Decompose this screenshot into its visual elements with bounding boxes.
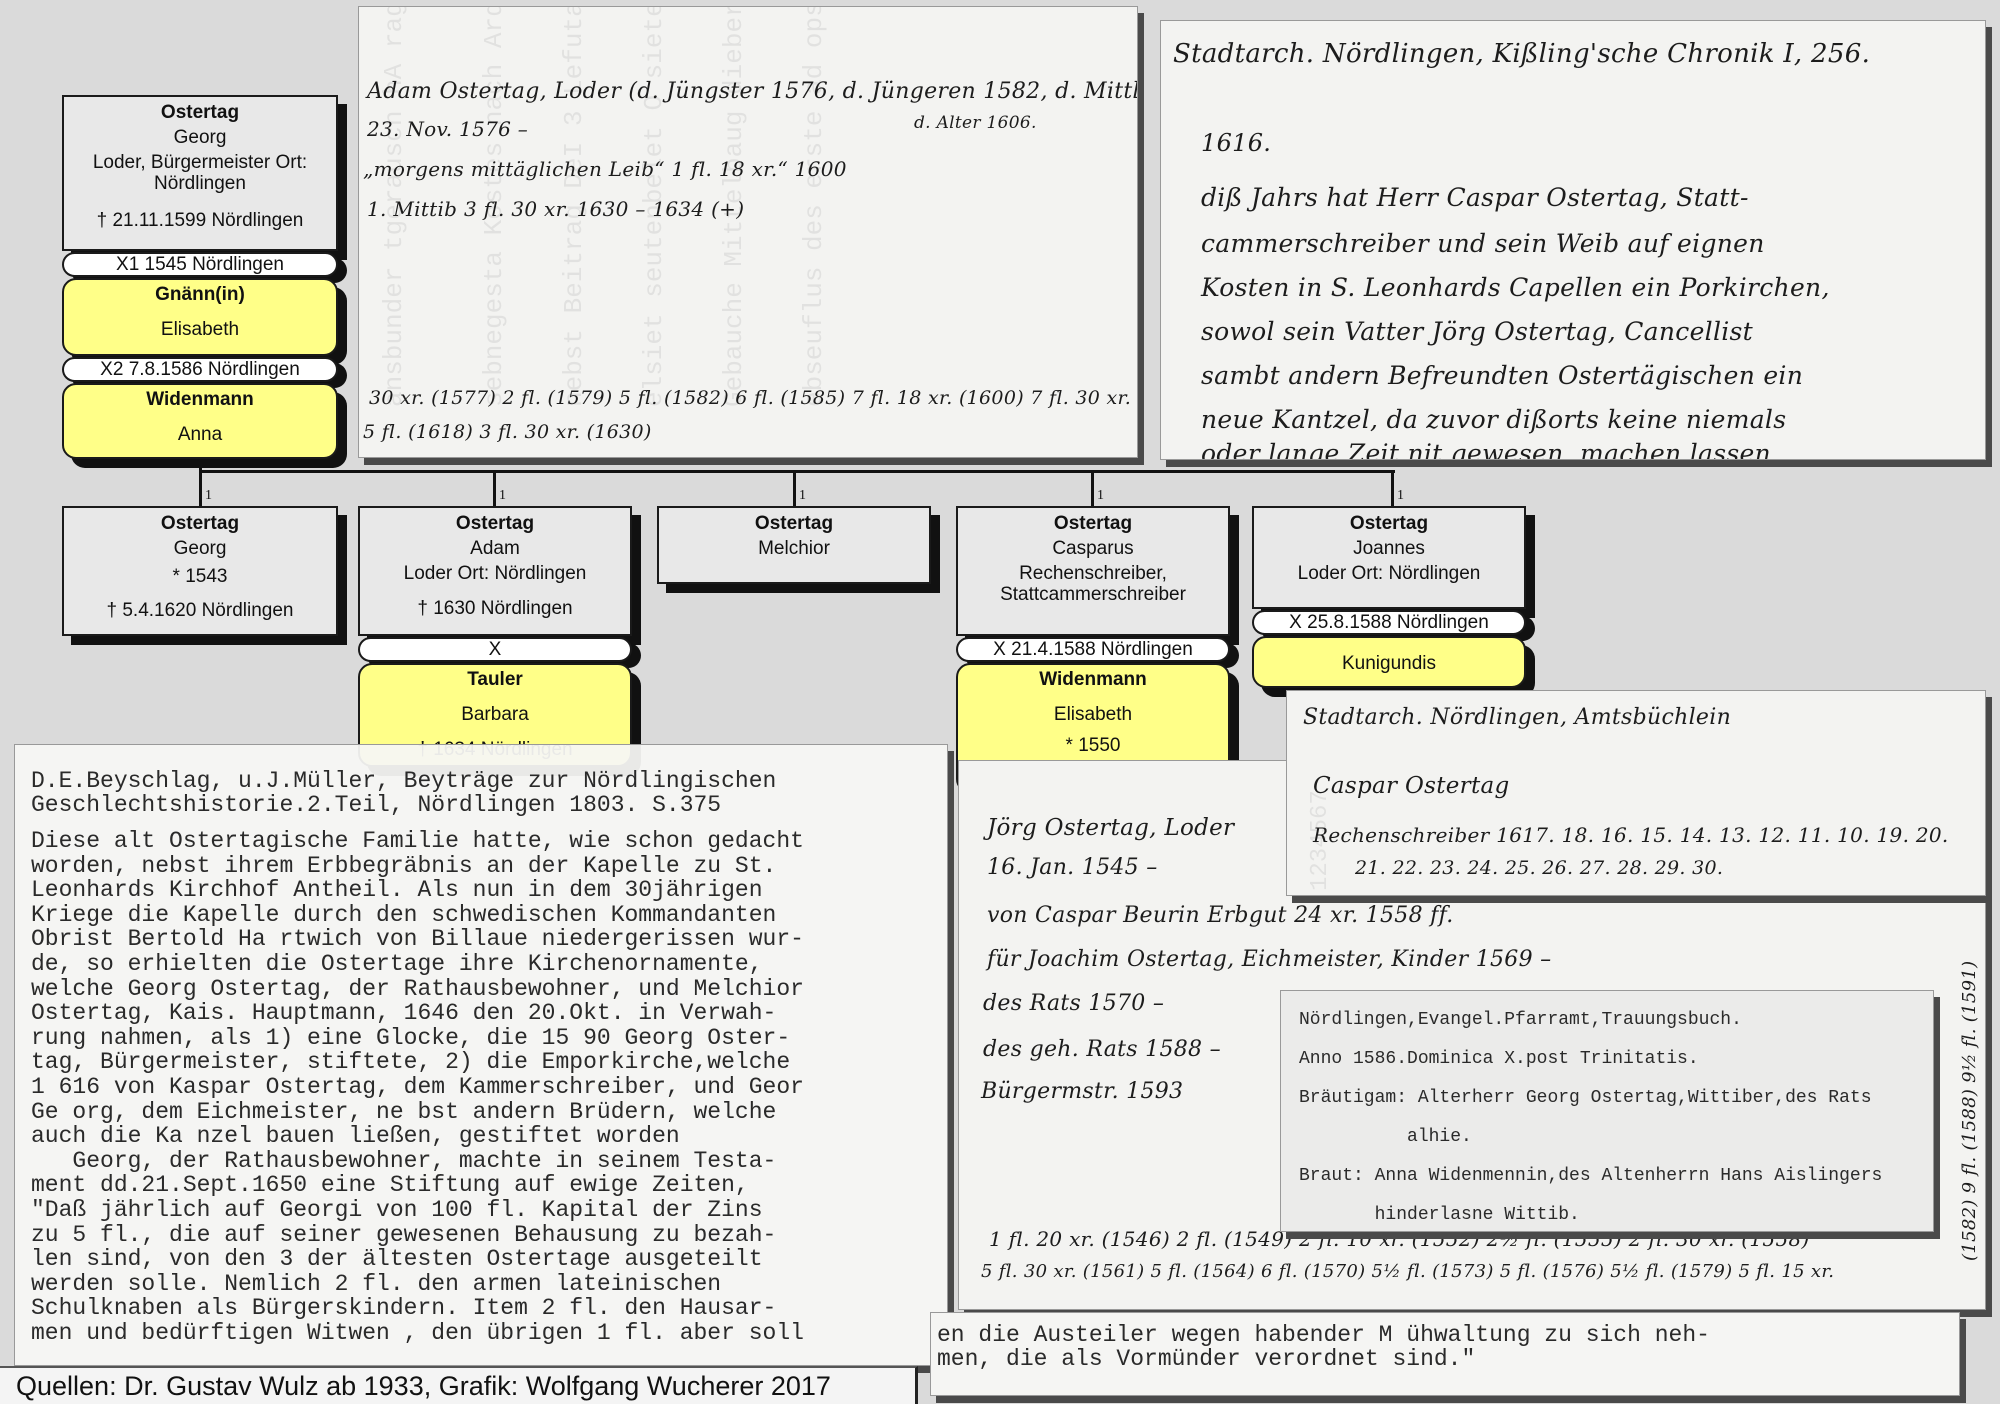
chronik-line-7: oder lange Zeit nit gewesen, machen lass… (1201, 439, 1779, 460)
person-box-casparus[interactable]: Ostertag Casparus Rechenschreiber, Statt… (956, 506, 1230, 636)
birth-date: * 1543 (64, 564, 336, 589)
surname: Ostertag (64, 100, 336, 125)
connector-drop-2 (493, 470, 496, 506)
beyschlag-line: 1 616 von Kaspar Ostertag, dem Kammersch… (31, 1075, 947, 1100)
chronik-line-2: cammerschreiber und sein Weib auf eignen (1201, 229, 1765, 258)
beyschlag-line: de, so erhielten die Ostertage ihre Kirc… (31, 952, 947, 977)
continuation-line-1: en die Austeiler wegen habender M ühwalt… (937, 1323, 1959, 1347)
connector-drop-1 (199, 470, 202, 506)
surname: Ostertag (659, 511, 929, 536)
trauung-line: hinderlasne Wittib. (1299, 1196, 1933, 1232)
beyschlag-line: len sind, von den 3 der ältesten Osterta… (31, 1247, 947, 1272)
chronik-line-3: Kosten in S. Leonhards Capellen ein Pork… (1201, 273, 1830, 302)
given-name: Georg (64, 536, 336, 561)
given-name: Joannes (1254, 536, 1524, 561)
joerg-line-2: 16. Jan. 1545 – (987, 855, 1158, 880)
archive-card-adam: ansbunder tgerausch hA ragenadgia sebneg… (358, 6, 1138, 458)
marriage-label: X 25.8.1588 Nördlingen (1252, 610, 1526, 635)
beyschlag-line: Ostertag, Kais. Hauptmann, 1646 den 20.O… (31, 1001, 947, 1026)
person-box-joannes[interactable]: Ostertag Joannes Loder Ort: Nördlingen (1252, 506, 1526, 609)
beyschlag-line: tag, Bürgermeister, stiftete, 2) die Emp… (31, 1050, 947, 1075)
beyschlag-line: zu 5 fl., die auf seiner gewesenen Behau… (31, 1223, 947, 1248)
joerg-line-5: des Rats 1570 – (983, 991, 1164, 1016)
death-date: † 5.4.1620 Nördlingen (64, 598, 336, 623)
occupation-2: Stattcammerschreiber (958, 582, 1228, 607)
child-marker: 1 (499, 488, 506, 504)
death-date: † 21.11.1599 Nördlingen (64, 208, 336, 233)
joerg-side-note: (1582) 9 fl. (1588) 9½ fl. (1591) (1959, 961, 1980, 1261)
archive-card-chronik: Stadtarch. Nördlingen, Kißling'sche Chro… (1160, 20, 1986, 460)
joerg-line-1: Jörg Ostertag, Loder (987, 815, 1234, 841)
marriage-label: X 21.4.1588 Nördlingen (956, 637, 1230, 662)
spouse-box-gnaenn[interactable]: Gnänn(in) Elisabeth (62, 278, 338, 356)
beyschlag-line: Leonhards Kirchhof Antheil. Als nun in d… (31, 878, 947, 903)
person-box-georg-parent[interactable]: Ostertag Georg Loder, Bürgermeister Ort:… (62, 95, 338, 251)
amtsbuch-line-1: Rechenschreiber 1617. 18. 16. 15. 14. 13… (1313, 823, 1949, 847)
card-adam-line-6: 30 xr. (1577) 2 fl. (1579) 5 fl. (1582) … (369, 387, 1138, 409)
surname: Ostertag (64, 511, 336, 536)
person-box-adam[interactable]: Ostertag Adam Loder Ort: Nördlingen † 16… (358, 506, 632, 636)
trauung-line: Bräutigam: Alterherr Georg Ostertag,Witt… (1299, 1079, 1933, 1118)
beyschlag-line: rung nahmen, als 1) eine Glocke, die 15 … (31, 1026, 947, 1051)
chronik-year: 1616. (1201, 129, 1271, 157)
spouse-given: Kunigundis (1254, 651, 1524, 676)
occupation: Loder Ort: Nördlingen (360, 561, 630, 586)
person-box-georg-child[interactable]: Ostertag Georg * 1543 † 5.4.1620 Nördlin… (62, 506, 338, 636)
beyschlag-body: Diese alt Ostertagische Familie hatte, w… (31, 829, 947, 1345)
spouse-given: Elisabeth (958, 702, 1228, 727)
joerg-payments-2: 5 fl. 30 xr. (1561) 5 fl. (1564) 6 fl. (… (981, 1261, 1834, 1282)
surname: Ostertag (958, 511, 1228, 536)
joerg-line-3: von Caspar Beurin Erbgut 24 xr. 1558 ff. (987, 903, 1454, 928)
spouse-box-widenmann-anna[interactable]: Widenmann Anna (62, 383, 338, 459)
beyschlag-line: Ge org, dem Eichmeister, ne bst andern B… (31, 1100, 947, 1125)
beyschlag-line: Diese alt Ostertagische Familie hatte, w… (31, 829, 947, 854)
trauung-line: Nördlingen,Evangel.Pfarramt,Trauungsbuch… (1299, 1001, 1933, 1040)
spouse-given: Elisabeth (64, 317, 336, 342)
marriage-label-2: X2 7.8.1586 Nördlingen (62, 357, 338, 382)
connector-drop-4 (1091, 470, 1094, 506)
card-adam-line-1: Adam Ostertag, Loder (d. Jüngster 1576, … (367, 79, 1138, 104)
spouse-given: Anna (64, 422, 336, 447)
beyschlag-line: Kriege die Kapelle durch den schwedische… (31, 903, 947, 928)
card-adam-line-4: „morgens mittäglichen Leib“ 1 fl. 18 xr.… (363, 157, 847, 181)
spouse-surname: Widenmann (958, 667, 1228, 692)
given-name: Casparus (958, 536, 1228, 561)
spouse-box-kunigundis[interactable]: Kunigundis (1252, 636, 1526, 688)
marriage-label: X (358, 637, 632, 662)
chronik-source: Stadtarch. Nördlingen, Kißling'sche Chro… (1173, 39, 1870, 69)
beyschlag-line: "Daß jährlich auf Georgi von 100 fl. Kap… (31, 1198, 947, 1223)
amtsbuch-source: Stadtarch. Nördlingen, Amtsbüchlein (1303, 705, 1731, 730)
beyschlag-line: Georg, der Rathausbewohner, machte in se… (31, 1149, 947, 1174)
occupation: Loder Ort: Nördlingen (1254, 561, 1524, 586)
beyschlag-line: Obrist Bertold Ha rtwich von Billaue nie… (31, 927, 947, 952)
amtsbuch-line-2: 21. 22. 23. 24. 25. 26. 27. 28. 29. 30. (1355, 857, 1723, 879)
beyschlag-title-2: Geschlechtshistorie.2.Teil, Nördlingen 1… (31, 793, 947, 817)
spouse-surname: Gnänn(in) (64, 282, 336, 307)
joerg-line-6: des geh. Rats 1588 – (983, 1037, 1221, 1062)
trauung-line: Anno 1586.Dominica X.post Trinitatis. (1299, 1040, 1933, 1079)
card-adam-line-2: d. Alter 1606. (914, 113, 1037, 133)
beyschlag-line: men und bedürftigen Witwen , den übrigen… (31, 1321, 947, 1346)
beyschlag-continuation: en die Austeiler wegen habender M ühwalt… (930, 1312, 1960, 1396)
chronik-line-1: diß Jahrs hat Herr Caspar Ostertag, Stat… (1201, 183, 1749, 212)
beyschlag-line: worden, nebst ihrem Erbbegräbnis an der … (31, 854, 947, 879)
joerg-line-7: Bürgermstr. 1593 (981, 1079, 1183, 1104)
connector-horizontal (199, 470, 1395, 473)
person-box-melchior[interactable]: Ostertag Melchior (657, 506, 931, 584)
archive-card-trauungsbuch: Nördlingen,Evangel.Pfarramt,Trauungsbuch… (1280, 990, 1934, 1232)
trauung-body: Nördlingen,Evangel.Pfarramt,Trauungsbuch… (1299, 1001, 1933, 1232)
spouse-birth: * 1550 (958, 733, 1228, 758)
given-name: Melchior (659, 536, 929, 561)
surname: Ostertag (1254, 511, 1524, 536)
beyschlag-line: welche Georg Ostertag, der Rathausbewohn… (31, 977, 947, 1002)
source-credit: Quellen: Dr. Gustav Wulz ab 1933, Grafik… (0, 1366, 918, 1404)
marriage-label-1: X1 1545 Nördlingen (62, 252, 338, 277)
amtsbuch-name: Caspar Ostertag (1313, 773, 1510, 799)
child-marker: 1 (205, 488, 212, 504)
connector-drop-3 (793, 470, 796, 506)
card-adam-line-5: 1. Mittib 3 fl. 30 xr. 1630 – 1634 (+) (367, 197, 744, 221)
beyschlag-document: D.E.Beyschlag, u.J.Müller, Beyträge zur … (14, 744, 948, 1366)
beyschlag-line: Schulknaben als Bürgerskindern. Item 2 f… (31, 1296, 947, 1321)
archive-card-amtsbuch: 1234567 Stadtarch. Nördlingen, Amtsbüchl… (1286, 690, 1986, 896)
spouse-surname: Tauler (360, 667, 630, 692)
child-marker: 1 (1397, 488, 1404, 504)
given-name: Adam (360, 536, 630, 561)
child-marker: 1 (799, 488, 806, 504)
card-adam-line-7: 5 fl. (1618) 3 fl. 30 xr. (1630) (363, 421, 652, 443)
chronik-line-4: sowol sein Vatter Jörg Ostertag, Cancell… (1201, 317, 1753, 346)
surname: Ostertag (360, 511, 630, 536)
trauung-line: alhie. (1299, 1118, 1933, 1157)
given-name: Georg (64, 125, 336, 150)
continuation-line-2: men, die als Vormünder verordnet sind." (937, 1347, 1959, 1371)
spouse-given: Barbara (360, 702, 630, 727)
connector-drop-5 (1391, 470, 1394, 506)
chronik-line-5: sambt andern Befreundten Ostertägischen … (1201, 361, 1803, 390)
card-adam-line-3: 23. Nov. 1576 – (367, 117, 528, 141)
spouse-surname: Widenmann (64, 387, 336, 412)
beyschlag-line: ment dd.21.Sept.1650 eine Stiftung auf e… (31, 1173, 947, 1198)
beyschlag-title-1: D.E.Beyschlag, u.J.Müller, Beyträge zur … (31, 769, 947, 793)
beyschlag-line: werden solle. Nemlich 2 fl. den armen la… (31, 1272, 947, 1297)
child-marker: 1 (1097, 488, 1104, 504)
beyschlag-line: auch die Ka nzel bauen ließen, gestiftet… (31, 1124, 947, 1149)
chronik-line-6: neue Kantzel, da zuvor dißorts keine nie… (1201, 405, 1786, 434)
death-date: † 1630 Nördlingen (360, 596, 630, 621)
trauung-line: Braut: Anna Widenmennin,des Altenherrn H… (1299, 1157, 1933, 1196)
joerg-line-4: für Joachim Ostertag, Eichmeister, Kinde… (987, 947, 1552, 972)
